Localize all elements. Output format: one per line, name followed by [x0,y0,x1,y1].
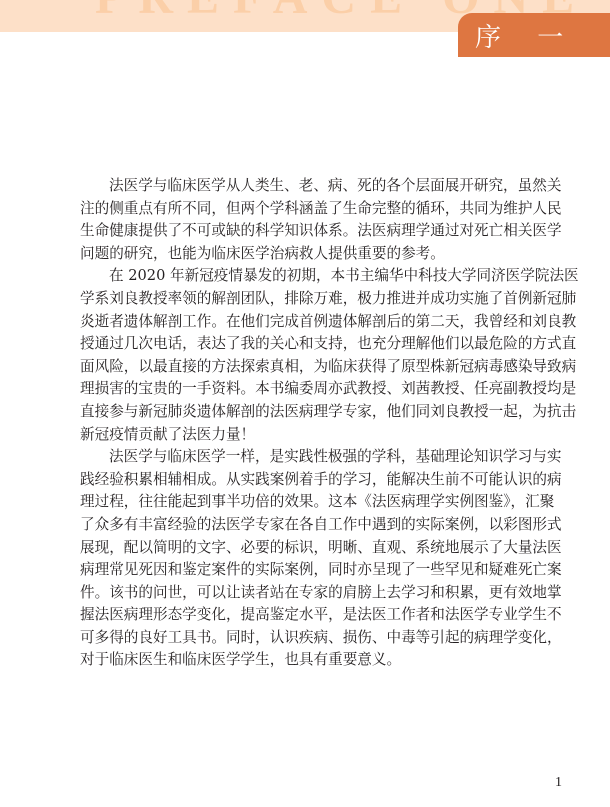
text-line: 直接参与新冠肺炎遗体解剖的法医病理学专家，他们同刘良教授一起，为抗击 [80,401,534,424]
section-tab: 序 一 [458,13,610,57]
text-line: 法医学与临床医学从人类生、老、病、死的各个层面展开研究，虽然关 [80,175,534,198]
text-line: 问题的研究，也能为临床医学治病救人提供重要的参考。 [80,243,534,266]
text-line: 展现，配以简明的文字、必要的标识，明晰、直观、系统地展示了大量法医 [80,537,534,560]
text-line: 在 2020 年新冠疫情暴发的初期，本书主编华中科技大学同济医学院法医 [80,265,534,288]
text-line: 面风险，以最直接的方法探索真相，为临床获得了原型株新冠病毒感染导致病 [80,356,534,379]
paragraph-2: 在 2020 年新冠疫情暴发的初期，本书主编华中科技大学同济医学院法医 学系刘良… [80,265,534,446]
paragraph-1: 法医学与临床医学从人类生、老、病、死的各个层面展开研究，虽然关 注的侧重点有所不… [80,175,534,265]
text-line: 新冠疫情贡献了法医力量！ [80,424,534,447]
body-text: 法医学与临床医学从人类生、老、病、死的各个层面展开研究，虽然关 注的侧重点有所不… [80,175,534,672]
text-line: 可多得的良好工具书。同时，认识疾病、损伤、中毒等引起的病理学变化， [80,627,534,650]
text-line: 践经验积累相辅相成。从实践案例着手的学习，能解决生前不可能认识的病 [80,469,534,492]
text-line: 生命健康提供了不可或缺的科学知识体系。法医病理学通过对死亡相关医学 [80,220,534,243]
text-line: 握法医病理形态学变化，提高鉴定水平，是法医工作者和法医学专业学生不 [80,604,534,627]
text-line: 对于临床医生和临床医学学生，也具有重要意义。 [80,649,534,672]
text-line: 理过程，往往能起到事半功倍的效果。这本《法医病理学实例图鉴》，汇聚 [80,491,534,514]
page-number: 1 [555,775,562,791]
text-line: 学系刘良教授率领的解剖团队，排除万难，极力推进并成功实施了首例新冠肺 [80,288,534,311]
text-line: 件。该书的问世，可以让读者站在专家的肩膀上去学习和积累，更有效地掌 [80,582,534,605]
text-line: 了众多有丰富经验的法医学专家在各自工作中遇到的实际案例，以彩图形式 [80,514,534,537]
text-line: 炎逝者遗体解剖工作。在他们完成首例遗体解剖后的第二天，我曾经和刘良教 [80,311,534,334]
text-line: 授通过几次电话，表达了我的关心和支持，也充分理解他们以最危险的方式直 [80,333,534,356]
text-line: 病理常见死因和鉴定案件的实际案例，同时亦呈现了一些罕见和疑难死亡案 [80,559,534,582]
text-line: 法医学与临床医学一样，是实践性极强的学科，基础理论知识学习与实 [80,446,534,469]
text-line: 理损害的宝贵的一手资料。本书编委周亦武教授、刘茜教授、任亮副教授均是 [80,378,534,401]
paragraph-3: 法医学与临床医学一样，是实践性极强的学科，基础理论知识学习与实 践经验积累相辅相… [80,446,534,672]
section-title: 序 一 [475,17,577,54]
text-line: 注的侧重点有所不同，但两个学科涵盖了生命完整的循环，共同为维护人民 [80,198,534,221]
